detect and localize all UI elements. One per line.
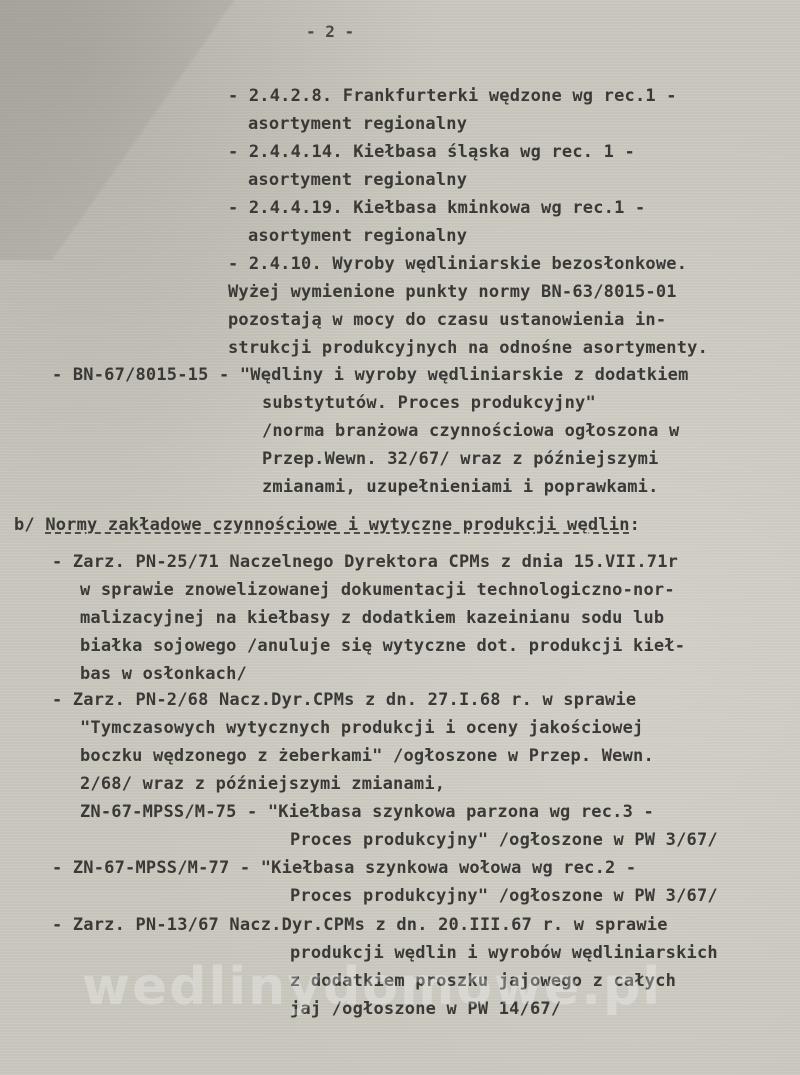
section-b-prefix: b/ — [14, 515, 35, 535]
page-number: - 2 - — [306, 22, 354, 41]
entry-pn-25-71-cont: malizacyjnej na kiełbasy z dodatkiem kaz… — [80, 608, 664, 628]
entry-pn-25-71: - Zarz. PN-25/71 Naczelnego Dyrektora CP… — [52, 552, 678, 572]
bn-entry-line: /norma branżowa czynnościowa ogłoszona w — [262, 421, 679, 441]
item-kielbasa-slaska: - 2.4.4.14. Kiełbasa śląska wg rec. 1 - — [228, 142, 635, 162]
entry-pn-2-68-cont: "Tymczasowych wytycznych produkcji i oce… — [80, 718, 643, 738]
bn-entry-line: substytutów. Proces produkcyjny" — [262, 393, 596, 413]
entry-pn-13-67: - Zarz. PN-13/67 Nacz.Dyr.CPMs z dn. 20.… — [52, 915, 668, 935]
bn-entry-line: Przep.Wewn. 32/67/ wraz z późniejszymi — [262, 449, 659, 469]
bn-entry-line: - BN-67/8015-15 - "Wędliny i wyroby wędl… — [52, 365, 689, 385]
item-frankfurterki-cont: asortyment regionalny — [248, 114, 467, 134]
section-b-heading: b/ Normy zakładowe czynnościowe i wytycz… — [14, 515, 640, 535]
watermark: wedlinydomowe.pl — [82, 957, 662, 1017]
note-line: pozostają w mocy do czasu ustanowienia i… — [228, 310, 666, 330]
entry-pn-25-71-cont: białka sojowego /anuluje się wytyczne do… — [80, 636, 685, 656]
note-line: strukcji produkcyjnych na odnośne asorty… — [228, 338, 708, 358]
entry-zn-67-m-77-cont: Proces produkcyjny" /ogłoszone w PW 3/67… — [290, 886, 718, 906]
entry-pn-25-71-cont: w sprawie znowelizowanej dokumentacji te… — [80, 580, 675, 600]
item-frankfurterki: - 2.4.2.8. Frankfurterki wędzone wg rec.… — [228, 86, 677, 106]
item-kielbasa-slaska-cont: asortyment regionalny — [248, 170, 467, 190]
entry-pn-2-68-cont: 2/68/ wraz z późniejszymi zmianami, — [80, 774, 445, 794]
entry-zn-67-m-75-cont: Proces produkcyjny" /ogłoszone w PW 3/67… — [290, 830, 718, 850]
item-wyroby-bezoslonkowe: - 2.4.10. Wyroby wędliniarskie bezosłonk… — [228, 254, 687, 274]
section-b-title: Normy zakładowe czynnościowe i wytyczne … — [45, 515, 629, 535]
entry-zn-67-m-75: ZN-67-MPSS/M-75 - "Kiełbasa szynkowa par… — [80, 802, 654, 822]
entry-zn-67-m-77: - ZN-67-MPSS/M-77 - "Kiełbasa szynkowa w… — [52, 858, 636, 878]
entry-pn-2-68-cont: boczku wędzonego z żeberkami" /ogłoszone… — [80, 746, 654, 766]
entry-pn-25-71-cont: bas w osłonkach/ — [80, 664, 247, 684]
section-b-colon: : — [630, 515, 640, 535]
entry-pn-2-68: - Zarz. PN-2/68 Nacz.Dyr.CPMs z dn. 27.I… — [52, 690, 636, 710]
paper-fold-shadow — [0, 0, 240, 260]
item-kielbasa-kminkowa-cont: asortyment regionalny — [248, 226, 467, 246]
item-kielbasa-kminkowa: - 2.4.4.19. Kiełbasa kminkowa wg rec.1 - — [228, 198, 645, 218]
bn-entry-line: zmianami, uzupełnieniami i poprawkami. — [262, 477, 659, 497]
note-line: Wyżej wymienione punkty normy BN-63/8015… — [228, 282, 677, 302]
